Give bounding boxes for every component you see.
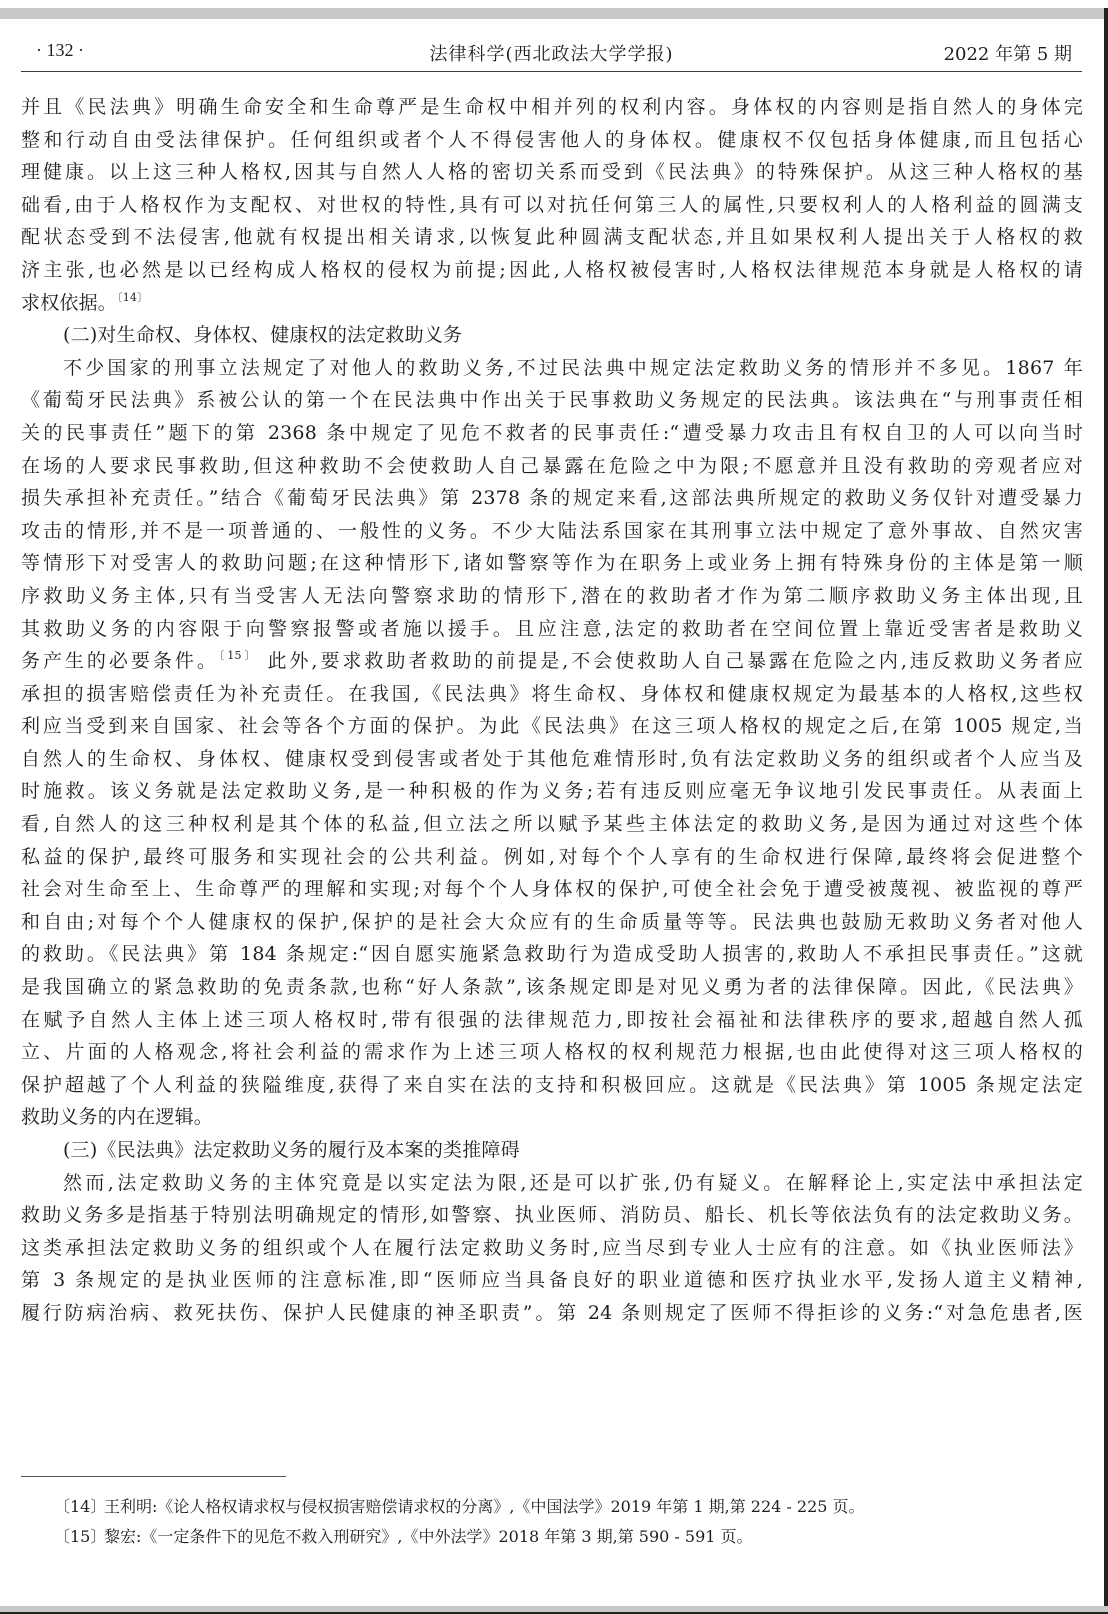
line-text: 然而,法定救助义务的主体究竟是以实定法为限,还是可以扩张,仍有疑义。在解释论上,… (63, 1172, 1083, 1194)
line-text: 社会对生命至上、生命尊严的理解和实现;对每个个人身体权的保护,可使全社会免于遭受… (21, 878, 1083, 900)
article-body: 并且《民法典》明确生命安全和生命尊严是生命权中相并列的权利内容。身体权的内容则是… (21, 91, 1083, 1330)
line-text: 不少国家的刑事立法规定了对他人的救助义务,不过民法典中规定法定救助义务的情形并不… (63, 357, 1083, 379)
line-text: 攻击的情形,并不是一项普通的、一般性的义务。不少大陆法系国家在其刑事立法中规定了… (21, 520, 1083, 542)
text-line: 救助义务的内在逻辑。 (21, 1101, 1083, 1134)
footnotes: 〔14〕王利明:《论人格权请求权与侵权损害赔偿请求权的分离》,《中国法学》201… (54, 1492, 1054, 1552)
line-text: 第 3 条规定的是执业医师的注意标准,即“医师应当具备良好的职业道德和医疗执业水… (21, 1269, 1083, 1291)
line-text: 《葡萄牙民法典》系被公认的第一个在民法典中作出关于民事救助义务规定的民法典。该法… (21, 389, 1083, 411)
line-text: 看,自然人的这三种权利是其个体的私益,但立法之所以赋予某些主体法定的救助义务,是… (21, 813, 1083, 835)
text-line: 其救助义务的内容限于向警察报警或者施以援手。且应注意,法定的救助者在空间位置上靠… (21, 613, 1083, 646)
text-line: 的救助。《民法典》第 184 条规定:“因自愿实施紧急救助行为造成受助人损害的,… (21, 938, 1083, 971)
line-text: 求权依据。 (21, 292, 117, 314)
text-line: 第 3 条规定的是执业医师的注意标准,即“医师应当具备良好的职业道德和医疗执业水… (21, 1264, 1083, 1297)
line-text: 配状态受到不法侵害,他就有权提出相关请求,以恢复此种圆满支配状态,并且如果权利人… (21, 226, 1083, 248)
issue-label: 2022 年第 5 期 (944, 40, 1072, 66)
text-line: 在赋予自然人主体上述三项人格权时,带有很强的法律规范力,即按社会福祉和法律秩序的… (21, 1004, 1083, 1037)
line-text: 这类承担法定救助义务的组织或个人在履行法定救助义务时,应当尽到专业人士应有的注意… (21, 1237, 1083, 1259)
line-text: 在场的人要求民事救助,但这种救助不会使救助人自己暴露在危险之中为限;不愿意并且没… (21, 455, 1083, 477)
text-line: 然而,法定救助义务的主体究竟是以实定法为限,还是可以扩张,仍有疑义。在解释论上,… (21, 1167, 1083, 1200)
line-text: 立、片面的人格观念,将社会利益的需求作为上述三项人格权的权利规范力根据,也由此使… (21, 1041, 1083, 1063)
text-line: 这类承担法定救助义务的组织或个人在履行法定救助义务时,应当尽到专业人士应有的注意… (21, 1232, 1083, 1265)
footnote-item: 〔15〕黎宏:《一定条件下的见危不救入刑研究》,《中外法学》2018 年第 3 … (54, 1522, 1054, 1552)
line-text: 和自由;对每个个人健康权的保护,保护的是社会大众应有的生命质量等等。民法典也鼓励… (21, 911, 1083, 933)
line-text: 是我国确立的紧急救助的免责条款,也称“好人条款”,该条规定即是对见义勇为者的法律… (21, 976, 1083, 998)
page-header: · 132 · 法律科学(西北政法大学学报) 2022 年第 5 期 (21, 34, 1082, 72)
text-line: 务产生的必要条件。〔15〕 此外,要求救助者救助的前提是,不会使救助人自己暴露在… (21, 645, 1083, 678)
text-line: 配状态受到不法侵害,他就有权提出相关请求,以恢复此种圆满支配状态,并且如果权利人… (21, 221, 1083, 254)
text-line: 济主张,也必然是以已经构成人格权的侵权为前提;因此,人格权被侵害时,人格权法律规… (21, 254, 1083, 287)
footnote-ref[interactable]: 〔15〕 (219, 649, 259, 662)
text-line: 是我国确立的紧急救助的免责条款,也称“好人条款”,该条规定即是对见义勇为者的法律… (21, 971, 1083, 1004)
line-text: 序救助义务主体,只有当受害人无法向警察求助的情形下,潜在的救助者才作为第二顺序救… (21, 585, 1083, 607)
text-line: 损失承担补充责任。”结合《葡萄牙民法典》第 2378 条的规定来看,这部法典所规… (21, 482, 1083, 515)
line-text: 保护超越了个人利益的狭隘维度,获得了来自实在法的支持和积极回应。这就是《民法典》… (21, 1074, 1083, 1096)
text-line: 承担的损害赔偿责任为补充责任。在我国,《民法典》将生命权、身体权和健康权规定为最… (21, 678, 1083, 711)
line-text: (三)《民法典》法定救助义务的履行及本案的类推障碍 (63, 1139, 520, 1161)
line-text: 济主张,也必然是以已经构成人格权的侵权为前提;因此,人格权被侵害时,人格权法律规… (21, 259, 1083, 281)
line-text: 其救助义务的内容限于向警察报警或者施以援手。且应注意,法定的救助者在空间位置上靠… (21, 618, 1083, 640)
text-line: 理健康。以上这三种人格权,因其与自然人人格的密切关系而受到《民法典》的特殊保护。… (21, 156, 1083, 189)
top-border-bar (0, 8, 1108, 19)
line-text: 自然人的生命权、身体权、健康权受到侵害或者处于其他危难情形时,负有法定救助义务的… (21, 748, 1083, 770)
line-text: 理健康。以上这三种人格权,因其与自然人人格的密切关系而受到《民法典》的特殊保护。… (21, 161, 1083, 183)
text-line: 私益的保护,最终可服务和实现社会的公共利益。例如,对每个个人享有的生命权进行保障… (21, 841, 1083, 874)
line-text: 并且《民法典》明确生命安全和生命尊严是生命权中相并列的权利内容。身体权的内容则是… (21, 96, 1083, 118)
text-line: 关的民事责任”题下的第 2368 条中规定了见危不救者的民事责任:“遭受暴力攻击… (21, 417, 1083, 450)
text-line: 求权依据。〔14〕 (21, 287, 1083, 320)
line-text: 承担的损害赔偿责任为补充责任。在我国,《民法典》将生命权、身体权和健康权规定为最… (21, 683, 1083, 705)
text-line: 立、片面的人格观念,将社会利益的需求作为上述三项人格权的权利规范力根据,也由此使… (21, 1036, 1083, 1069)
text-line: 在场的人要求民事救助,但这种救助不会使救助人自己暴露在危险之中为限;不愿意并且没… (21, 450, 1083, 483)
line-text: 关的民事责任”题下的第 2368 条中规定了见危不救者的民事责任:“遭受暴力攻击… (21, 422, 1083, 444)
text-line: 和自由;对每个个人健康权的保护,保护的是社会大众应有的生命质量等等。民法典也鼓励… (21, 906, 1083, 939)
footnote-ref[interactable]: 〔14〕 (117, 291, 148, 304)
footnote-item: 〔14〕王利明:《论人格权请求权与侵权损害赔偿请求权的分离》,《中国法学》201… (54, 1492, 1054, 1522)
line-text: 务产生的必要条件。 (21, 650, 219, 672)
line-text: 等情形下对受害人的救助问题;在这种情形下,诸如警察等作为在职务上或业务上拥有特殊… (21, 552, 1083, 574)
text-line: 社会对生命至上、生命尊严的理解和实现;对每个个人身体权的保护,可使全社会免于遭受… (21, 873, 1083, 906)
line-text: 在赋予自然人主体上述三项人格权时,带有很强的法律规范力,即按社会福祉和法律秩序的… (21, 1009, 1083, 1031)
text-line: 整和行动自由受法律保护。任何组织或者个人不得侵害他人的身体权。健康权不仅包括身体… (21, 124, 1083, 157)
line-text: (二)对生命权、身体权、健康权的法定救助义务 (63, 324, 462, 346)
text-line: 不少国家的刑事立法规定了对他人的救助义务,不过民法典中规定法定救助义务的情形并不… (21, 352, 1083, 385)
section-heading: (三)《民法典》法定救助义务的履行及本案的类推障碍 (21, 1134, 1083, 1167)
text-line: 保护超越了个人利益的狭隘维度,获得了来自实在法的支持和积极回应。这就是《民法典》… (21, 1069, 1083, 1102)
section-heading: (二)对生命权、身体权、健康权的法定救助义务 (21, 319, 1083, 352)
line-text: 利应当受到来自国家、社会等各个方面的保护。为此《民法典》在这三项人格权的规定之后… (21, 715, 1083, 737)
bottom-border-bar (0, 1606, 1108, 1614)
text-line: 础看,由于人格权作为支配权、对世权的特性,具有可以对抗任何第三人的属性,只要权利… (21, 189, 1083, 222)
text-line: 《葡萄牙民法典》系被公认的第一个在民法典中作出关于民事救助义务规定的民法典。该法… (21, 384, 1083, 417)
footnote-number: 〔15〕 (54, 1522, 104, 1552)
footnote-text: 黎宏:《一定条件下的见危不救入刑研究》,《中外法学》2018 年第 3 期,第 … (104, 1527, 753, 1546)
line-text: 时施救。该义务就是法定救助义务,是一种积极的作为义务;若有违反则应毫无争议地引发… (21, 780, 1083, 802)
text-line: 时施救。该义务就是法定救助义务,是一种积极的作为义务;若有违反则应毫无争议地引发… (21, 775, 1083, 808)
footnote-text: 王利明:《论人格权请求权与侵权损害赔偿请求权的分离》,《中国法学》2019 年第… (104, 1497, 865, 1516)
line-text: 础看,由于人格权作为支配权、对世权的特性,具有可以对抗任何第三人的属性,只要权利… (21, 194, 1083, 216)
right-edge-border (1104, 8, 1108, 1614)
text-line: 救助义务多是指基于特别法明确规定的情形,如警察、执业医师、消防员、船长、机长等依… (21, 1199, 1083, 1232)
line-text: 私益的保护,最终可服务和实现社会的公共利益。例如,对每个个人享有的生命权进行保障… (21, 846, 1083, 868)
text-line: 攻击的情形,并不是一项普通的、一般性的义务。不少大陆法系国家在其刑事立法中规定了… (21, 515, 1083, 548)
footnote-number: 〔14〕 (54, 1492, 104, 1522)
line-text: 的救助。《民法典》第 184 条规定:“因自愿实施紧急救助行为造成受助人损害的,… (21, 943, 1083, 965)
line-text: 损失承担补充责任。”结合《葡萄牙民法典》第 2378 条的规定来看,这部法典所规… (21, 487, 1083, 509)
line-text: 救助义务的内在逻辑。 (21, 1106, 213, 1128)
footnote-separator (21, 1476, 286, 1477)
line-text: 履行防病治病、救死扶伤、保护人民健康的神圣职责”。第 24 条则规定了医师不得拒… (21, 1302, 1083, 1324)
text-line: 自然人的生命权、身体权、健康权受到侵害或者处于其他危难情形时,负有法定救助义务的… (21, 743, 1083, 776)
line-text-continued: 此外,要求救助者救助的前提是,不会使救助人自己暴露在危险之内,违反救助义务者应 (258, 650, 1083, 672)
journal-title: 法律科学(西北政法大学学报) (21, 40, 1082, 66)
text-line: 履行防病治病、救死扶伤、保护人民健康的神圣职责”。第 24 条则规定了医师不得拒… (21, 1297, 1083, 1330)
line-text: 整和行动自由受法律保护。任何组织或者个人不得侵害他人的身体权。健康权不仅包括身体… (21, 129, 1083, 151)
header-rule (21, 71, 1082, 72)
text-line: 等情形下对受害人的救助问题;在这种情形下,诸如警察等作为在职务上或业务上拥有特殊… (21, 547, 1083, 580)
text-line: 序救助义务主体,只有当受害人无法向警察求助的情形下,潜在的救助者才作为第二顺序救… (21, 580, 1083, 613)
text-line: 并且《民法典》明确生命安全和生命尊严是生命权中相并列的权利内容。身体权的内容则是… (21, 91, 1083, 124)
text-line: 看,自然人的这三种权利是其个体的私益,但立法之所以赋予某些主体法定的救助义务,是… (21, 808, 1083, 841)
line-text: 救助义务多是指基于特别法明确规定的情形,如警察、执业医师、消防员、船长、机长等依… (21, 1204, 1083, 1226)
text-line: 利应当受到来自国家、社会等各个方面的保护。为此《民法典》在这三项人格权的规定之后… (21, 710, 1083, 743)
